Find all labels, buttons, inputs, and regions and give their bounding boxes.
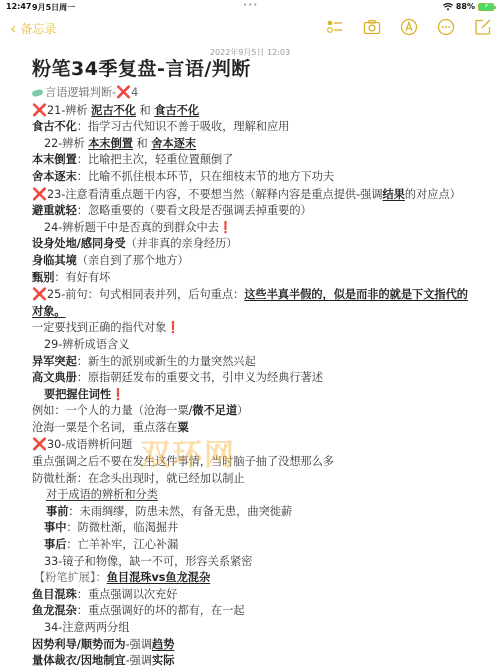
note-line: 言语逻辑判断-❌4: [32, 84, 472, 102]
note-line: 高文典册：原指朝廷发布的重要文书，引申义为经典行著述: [32, 370, 472, 387]
exclamation-icon: ❗: [166, 321, 180, 334]
camera-button[interactable]: [363, 18, 381, 36]
note-line: 异军突起：新生的派别或新生的力量突然兴起: [32, 354, 472, 371]
note-body[interactable]: 粉笔34季复盘-言语/判断 言语逻辑判断-❌4 ❌21-辨析 泥古不化 和 食古…: [32, 56, 472, 666]
note-line: 鱼龙混杂：重点强调好的坏的都有，在一起: [32, 603, 472, 620]
status-date: 9月5日周一: [32, 2, 75, 13]
note-line: 舍本逐末：比喻不抓住根本环节，只在细枝末节的地方下功夫: [32, 169, 472, 186]
note-line: 身临其境（亲自到了那个地方）: [32, 253, 472, 270]
chevron-left-icon: ‹: [10, 21, 16, 37]
checklist-button[interactable]: [326, 18, 344, 36]
note-line: 24-辨析题干中是否真的到群众中去❗: [32, 220, 472, 237]
note-line: 量体裁衣/因地制宜-强调实际: [32, 653, 472, 666]
battery-charging-icon: ⚡: [478, 3, 494, 11]
status-bar: 12:47 9月5日周一 ••• 88% ⚡: [0, 0, 500, 14]
camera-icon: [363, 18, 381, 36]
note-line: ❌21-辨析 泥古不化 和 食古不化: [32, 102, 472, 120]
note-line: 例如：一个人的力量（沧海一粟/微不足道）: [32, 403, 472, 420]
pen-circle-icon: [400, 18, 418, 36]
ellipsis-circle-icon: [437, 18, 455, 36]
x-mark-icon: ❌: [32, 103, 47, 117]
checklist-icon: [326, 18, 344, 36]
note-line: 食古不化：指学习古代知识不善于吸收，理解和应用: [32, 119, 472, 136]
wifi-icon: [443, 3, 453, 11]
status-right: 88% ⚡: [443, 2, 494, 11]
note-line: 本末倒置：比喻把主次，轻重位置颠倒了: [32, 152, 472, 169]
compose-icon: [474, 18, 492, 36]
toolbar: [326, 18, 492, 36]
note-line: 对于成语的辨析和分类: [32, 487, 472, 504]
note-line: 沧海一粟是个名词，重点落在粟: [32, 420, 472, 437]
more-button[interactable]: [437, 18, 455, 36]
exclamation-icon: ❗: [219, 221, 233, 234]
note-line: 要把握住词性❗: [32, 387, 472, 404]
note-line: 【粉笔扩展】：鱼目混珠vs鱼龙混杂: [32, 570, 472, 587]
exclamation-icon: ❗: [111, 388, 125, 401]
note-line: 甄别：有好有坏: [32, 270, 472, 287]
note-line: 防微杜渐：在念头出现时，就已经加以制止: [32, 471, 472, 488]
nav-bar: ‹ 备忘录: [0, 14, 500, 44]
note-line: 34-注意两两分组: [32, 620, 472, 637]
note-line: 29-辨析成语含义: [32, 337, 472, 354]
note-line: 避重就轻：忽略重要的（要看文段是否强调丢掉重要的）: [32, 203, 472, 220]
note-line: 鱼目混珠：重点强调以次充好: [32, 587, 472, 604]
note-line: 设身处地/感同身受（并非真的亲身经历）: [32, 236, 472, 253]
x-mark-icon: ❌: [116, 85, 131, 99]
compose-button[interactable]: [474, 18, 492, 36]
note-line: 因势利导/顺势而为-强调趋势: [32, 637, 472, 654]
markup-button[interactable]: [400, 18, 418, 36]
pill-icon: [31, 89, 43, 98]
note-line: 事前：未雨绸缪，防患未然，有备无患，曲突徙薪: [32, 504, 472, 521]
note-line: ❌23-注意看清重点题干内容，不要想当然（解释内容是重点提供-强调结果的对应点）: [32, 186, 472, 204]
back-label: 备忘录: [20, 20, 56, 37]
note-title: 粉笔34季复盘-言语/判断: [32, 56, 472, 82]
note-line: 事后：亡羊补牢，江心补漏: [32, 537, 472, 554]
note-line: ❌30-成语辨析问题: [32, 436, 472, 454]
multitasking-dots[interactable]: •••: [243, 1, 258, 9]
note-line: ❌25-前句：句式相同表并列，后句重点：这些半真半假的，似是而非的就是下文指代的…: [32, 286, 472, 320]
x-mark-icon: ❌: [32, 287, 47, 301]
back-button[interactable]: ‹ 备忘录: [10, 20, 56, 37]
battery-percent: 88%: [456, 2, 475, 11]
x-mark-icon: ❌: [32, 187, 47, 201]
note-line: 33-镜子和物像，缺一不可，形容关系紧密: [32, 554, 472, 571]
note-line: 一定要找到正确的指代对象❗: [32, 320, 472, 337]
note-line: 22-辨析 本末倒置 和 舍本逐末: [32, 136, 472, 153]
x-mark-icon: ❌: [32, 437, 47, 451]
note-line: 事中：防微杜渐，临渴掘井: [32, 520, 472, 537]
status-time: 12:47: [6, 2, 31, 11]
note-line: 重点强调之后不要在发生这件事情，当时脑子抽了没想那么多: [32, 454, 472, 471]
